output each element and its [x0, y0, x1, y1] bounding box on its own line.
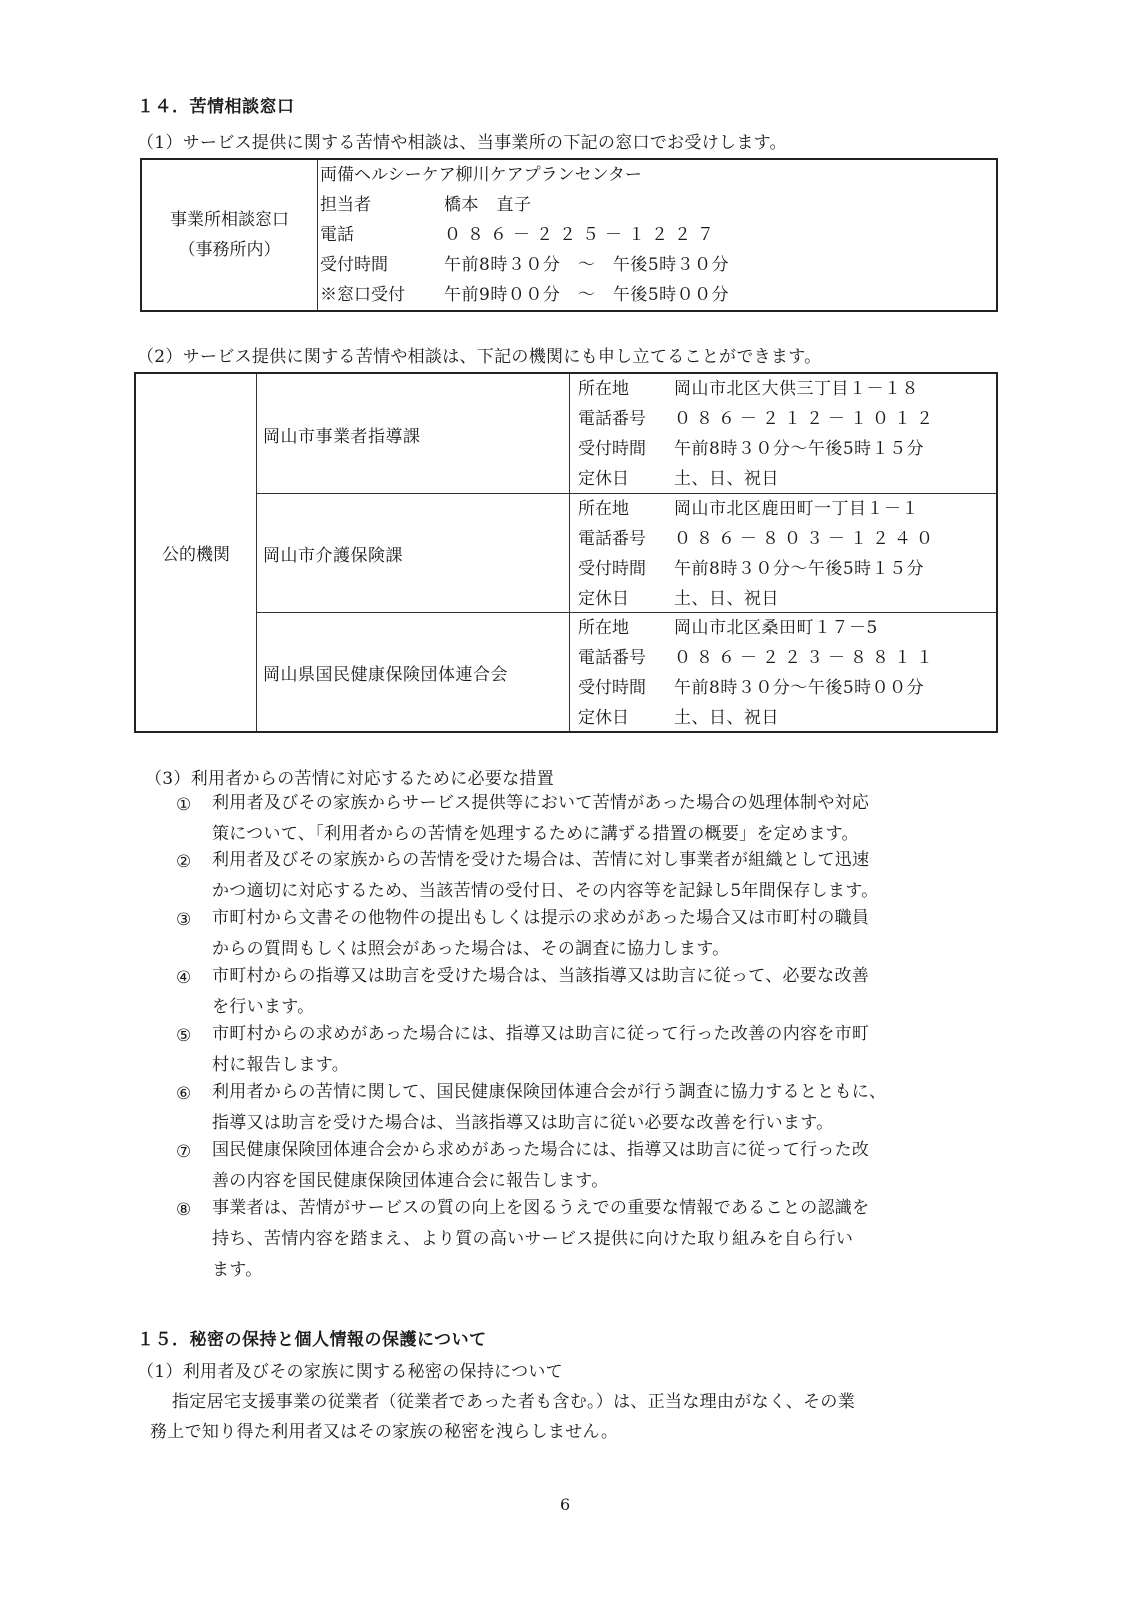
measure-text: 利用者及びその家族からの苦情を受けた場合は、苦情に対し事業者が組織として迅速 か… — [212, 845, 878, 907]
agency-detail-value: 土、日、祝日 — [674, 464, 779, 494]
measure-text: 事業者は、苦情がサービスの質の向上を図るうえでの重要な情報であることの認識を 持… — [212, 1193, 869, 1286]
measure-number: ⑦ — [176, 1142, 191, 1162]
measure-text: 市町村からの求めがあった場合には、指導又は助言に従って行った改善の内容を市町 村… — [212, 1019, 869, 1081]
agency-detail-value: 午前8時３０分～午後5時１５分 — [674, 554, 924, 584]
measure-number: ⑧ — [176, 1200, 191, 1220]
agency-detail-key: 定休日 — [578, 584, 674, 614]
section-14-3-intro: （3）利用者からの苦情に対応するために必要な措置 — [145, 764, 554, 789]
measure-line: 市町村から文書その他物件の提出もしくは提示の求めがあった場合又は市町村の職員 — [212, 903, 869, 934]
agency-detail-value: 午前8時３０分～午後5時１５分 — [674, 434, 924, 464]
agency-detail-key: 所在地 — [578, 374, 674, 404]
agency-detail-value: 午前8時３０分～午後5時００分 — [674, 673, 924, 703]
office-contact-detail-cell: 両備ヘルシーケア柳川ケアプランセンター 担当者橋本 直子 電話０８６－２２５－１… — [320, 160, 996, 310]
measure-text: 国民健康保険団体連合会から求めがあった場合には、指導又は助言に従って行った改 善… — [212, 1135, 869, 1197]
measure-text: 利用者及びその家族からサービス提供等において苦情があった場合の処理体制や対応 策… — [212, 788, 869, 850]
agency-details: 所在地岡山市北区鹿田町一丁目１－１ 電話番号０８６－８０３－１２４０ 受付時間午… — [570, 494, 996, 613]
document-page: １４．苦情相談窓口 （1）サービス提供に関する苦情や相談は、当事業所の下記の窓口… — [0, 0, 1131, 1600]
agency-detail-key: 所在地 — [578, 494, 674, 524]
agency-detail-key: 所在地 — [578, 613, 674, 643]
office-row-value: 午前8時３０分 ～ 午後5時３０分 — [444, 250, 729, 280]
office-name: 両備ヘルシーケア柳川ケアプランセンター — [320, 160, 642, 190]
agency-detail-key: 受付時間 — [578, 673, 674, 703]
office-contact-table: 事業所相談窓口 （事務所内） 両備ヘルシーケア柳川ケアプランセンター 担当者橋本… — [140, 158, 998, 312]
agency-detail-key: 受付時間 — [578, 554, 674, 584]
measure-number: ⑥ — [176, 1084, 191, 1104]
agency-row: 岡山市介護保険課 所在地岡山市北区鹿田町一丁目１－１ 電話番号０８６－８０３－１… — [257, 493, 996, 613]
agency-detail-value: 岡山市北区大供三丁目１－１８ — [674, 374, 919, 404]
agency-detail-key: 電話番号 — [578, 524, 674, 554]
measure-line: 利用者からの苦情に関して、国民健康保険団体連合会が行う調査に協力するとともに、 — [212, 1077, 886, 1108]
agency-detail-key: 電話番号 — [578, 643, 674, 673]
public-agencies-table: 公的機関 岡山市事業者指導課 所在地岡山市北区大供三丁目１－１８ 電話番号０８６… — [134, 372, 998, 733]
office-row-hours: 受付時間午前8時３０分 ～ 午後5時３０分 — [320, 250, 729, 280]
office-row-value: 橋本 直子 — [444, 190, 532, 220]
measure-line: 持ち、苦情内容を踏まえ、より質の高いサービス提供に向けた取り組みを自ら行い — [212, 1224, 869, 1255]
measure-line: 国民健康保険団体連合会から求めがあった場合には、指導又は助言に従って行った改 — [212, 1135, 869, 1166]
measure-number: ① — [176, 795, 191, 815]
measure-line: 利用者及びその家族からサービス提供等において苦情があった場合の処理体制や対応 — [212, 788, 869, 819]
agency-detail-key: 定休日 — [578, 703, 674, 733]
measure-line: 市町村からの求めがあった場合には、指導又は助言に従って行った改善の内容を市町 — [212, 1019, 869, 1050]
agency-detail-value: ０８６－８０３－１２４０ — [674, 524, 938, 554]
office-row-phone: 電話０８６－２２５－１２２７ — [320, 220, 720, 250]
agency-name: 岡山市介護保険課 — [257, 494, 570, 613]
agency-detail-value: 土、日、祝日 — [674, 584, 779, 614]
section-15-heading: １５．秘密の保持と個人情報の保護について — [137, 1325, 487, 1350]
measure-number: ④ — [176, 968, 191, 988]
office-contact-label-cell: 事業所相談窓口 （事務所内） — [142, 160, 318, 310]
agency-detail-key: 受付時間 — [578, 434, 674, 464]
section-14-heading: １４．苦情相談窓口 — [137, 92, 295, 117]
agency-detail-value: 岡山市北区鹿田町一丁目１－１ — [674, 494, 919, 524]
measure-text: 市町村からの指導又は助言を受けた場合は、当該指導又は助言に従って、必要な改善 を… — [212, 961, 869, 1023]
agency-detail-value: ０８６－２２３－８８１１ — [674, 643, 938, 673]
office-row-staff: 担当者橋本 直子 — [320, 190, 532, 220]
measure-text: 利用者からの苦情に関して、国民健康保険団体連合会が行う調査に協力するとともに、 … — [212, 1077, 886, 1139]
section-14-2-intro: （2）サービス提供に関する苦情や相談は、下記の機関にも申し立てることができます。 — [137, 342, 821, 367]
measure-line: 市町村からの指導又は助言を受けた場合は、当該指導又は助言に従って、必要な改善 — [212, 961, 869, 992]
measure-number: ⑤ — [176, 1026, 191, 1046]
agency-details: 所在地岡山市北区大供三丁目１－１８ 電話番号０８６－２１２－１０１２ 受付時間午… — [570, 374, 996, 494]
page-number: 6 — [560, 1495, 570, 1514]
measure-number: ② — [176, 852, 191, 872]
agency-row: 岡山県国民健康保険団体連合会 所在地岡山市北区桑田町１７－5 電話番号０８６－２… — [257, 612, 996, 732]
agency-name: 岡山県国民健康保険団体連合会 — [257, 613, 570, 732]
office-row-value: ０８６－２２５－１２２７ — [444, 220, 720, 250]
agency-detail-key: 定休日 — [578, 464, 674, 494]
office-row-value: 午前9時００分 ～ 午後5時００分 — [444, 280, 729, 310]
section-15-1-intro: （1）利用者及びその家族に関する秘密の保持について — [137, 1357, 563, 1382]
office-row-key: 電話 — [320, 220, 444, 250]
office-row-key: 担当者 — [320, 190, 444, 220]
office-contact-label: 事業所相談窓口 — [170, 205, 289, 235]
public-agencies-category: 公的機関 — [136, 374, 257, 731]
agency-row: 岡山市事業者指導課 所在地岡山市北区大供三丁目１－１８ 電話番号０８６－２１２－… — [257, 374, 996, 494]
section-14-1-intro: （1）サービス提供に関する苦情や相談は、当事業所の下記の窓口でお受けします。 — [137, 128, 787, 153]
agency-details: 所在地岡山市北区桑田町１７－5 電話番号０８６－２２３－８８１１ 受付時間午前8… — [570, 613, 996, 732]
office-row-key: ※窓口受付 — [320, 280, 444, 310]
measure-line: ます。 — [212, 1255, 869, 1286]
agency-name: 岡山市事業者指導課 — [257, 374, 570, 494]
measure-number: ③ — [176, 910, 191, 930]
agency-detail-value: 土、日、祝日 — [674, 703, 779, 733]
measure-line: 利用者及びその家族からの苦情を受けた場合は、苦情に対し事業者が組織として迅速 — [212, 845, 878, 876]
measure-line: 事業者は、苦情がサービスの質の向上を図るうえでの重要な情報であることの認識を — [212, 1193, 869, 1224]
office-row-window-hours: ※窓口受付午前9時００分 ～ 午後5時００分 — [320, 280, 729, 310]
agency-detail-key: 電話番号 — [578, 404, 674, 434]
office-contact-sublabel: （事務所内） — [179, 235, 281, 265]
agency-detail-value: 岡山市北区桑田町１７－5 — [674, 613, 878, 643]
section-15-1-body-line2: 務上で知り得た利用者又はその家族の秘密を洩らしません。 — [150, 1417, 618, 1442]
agency-detail-value: ０８６－２１２－１０１２ — [674, 404, 938, 434]
section-15-1-body-line1: 指定居宅支援事業の従業者（従業者であった者も含む。）は、正当な理由がなく、その業 — [172, 1387, 855, 1412]
office-row-key: 受付時間 — [320, 250, 444, 280]
measure-text: 市町村から文書その他物件の提出もしくは提示の求めがあった場合又は市町村の職員 か… — [212, 903, 869, 965]
